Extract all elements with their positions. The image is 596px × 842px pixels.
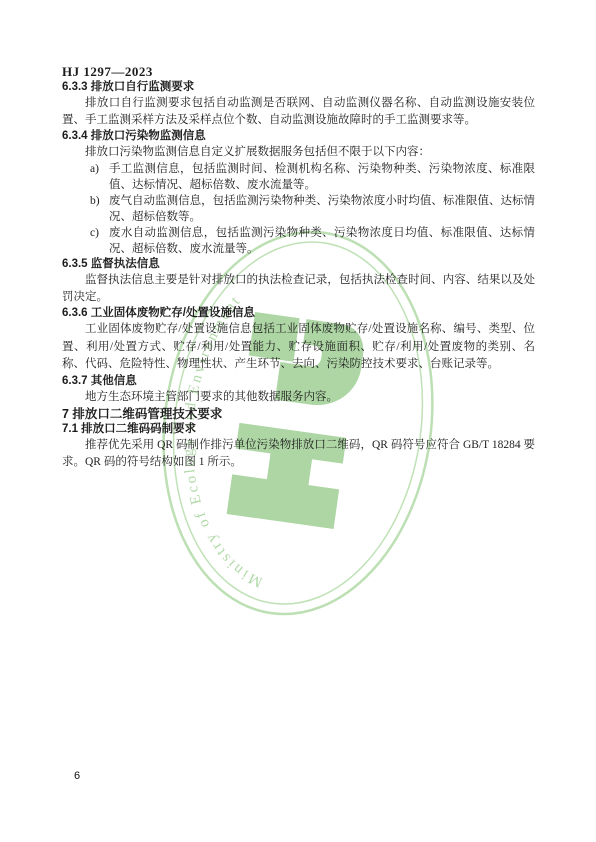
section-6-3-7-body: 地方生态环境主管部门要求的其他数据服务内容。 (62, 389, 535, 406)
section-6-3-4-heading: 6.3.4 排放口污染物监测信息 (62, 129, 535, 144)
section-6-3-3-body: 排放口自行监测要求包括自动监测是否联网、自动监测仪器名称、自动监测设施安装位置、… (62, 95, 535, 129)
list-item-a-label: a) (90, 161, 99, 177)
doc-number: HJ 1297—2023 (62, 64, 535, 80)
list-item-a: a) 手工监测信息，包括监测时间、检测机构名称、污染物种类、污染物浓度、标准限值… (62, 161, 535, 193)
monitoring-info-list: a) 手工监测信息，包括监测时间、检测机构名称、污染物种类、污染物浓度、标准限值… (62, 161, 535, 257)
section-6-3-4-intro: 排放口污染物监测信息自定义扩展数据服务包括但不限于以下内容： (62, 144, 535, 161)
section-6-3-6-body: 工业固体废物贮存/处置设施信息包括工业固体废物贮存/处置设施名称、编号、类型、位… (62, 321, 535, 374)
list-item-c-label: c) (90, 225, 99, 241)
section-6-3-5-body: 监督执法信息主要是针对排放口的执法检查记录，包括执法检查时间、内容、结果以及处罚… (62, 272, 535, 306)
section-6-3-3-heading: 6.3.3 排放口自行监测要求 (62, 80, 535, 95)
list-item-a-text: 手工监测信息，包括监测时间、检测机构名称、污染物种类、污染物浓度、标准限值、达标… (109, 163, 535, 191)
list-item-b-text: 废气自动监测信息，包括监测污染物种类、污染物浓度小时均值、标准限值、达标情况、超… (109, 195, 535, 223)
section-6-3-5-heading: 6.3.5 监督执法信息 (62, 257, 535, 272)
list-item-c-text: 废水自动监测信息，包括监测污染物种类、污染物浓度日均值、标准限值、达标情况、超标… (109, 227, 535, 255)
section-6-3-6-heading: 6.3.6 工业固体废物贮存/处置设施信息 (62, 306, 535, 321)
section-7-1-body: 推荐优先采用 QR 码制作排污单位污染物排放口二维码，QR 码符号应符合 GB/… (62, 437, 535, 471)
document-content: HJ 1297—2023 6.3.3 排放口自行监测要求 排放口自行监测要求包括… (62, 0, 535, 471)
list-item-b-label: b) (90, 193, 100, 209)
page-number: 6 (74, 770, 80, 782)
document-page: Ministry of Ecology and Environment HJ 1… (0, 0, 596, 842)
section-7-1-heading: 7.1 排放口二维码码制要求 (62, 422, 535, 437)
list-item-c: c) 废水自动监测信息，包括监测污染物种类、污染物浓度日均值、标准限值、达标情况… (62, 225, 535, 257)
chapter-7-heading: 7 排放口二维码管理技术要求 (62, 406, 535, 422)
section-6-3-7-heading: 6.3.7 其他信息 (62, 374, 535, 389)
list-item-b: b) 废气自动监测信息，包括监测污染物种类、污染物浓度小时均值、标准限值、达标情… (62, 193, 535, 225)
